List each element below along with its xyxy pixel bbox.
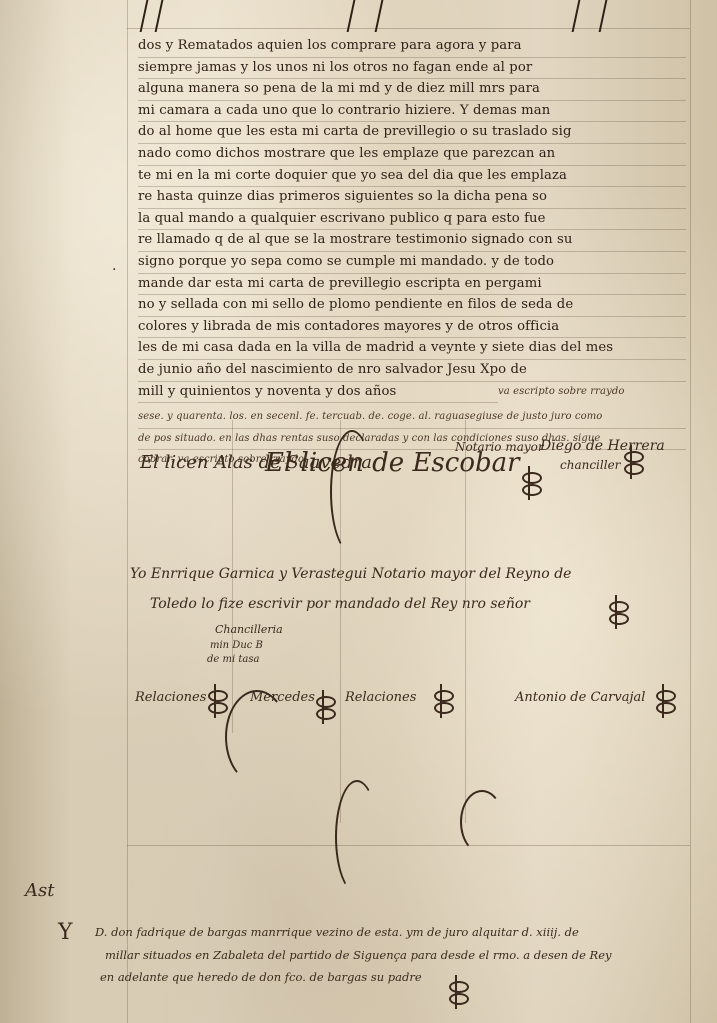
footer-initial: Y [58, 920, 73, 945]
text-line: mi camara a cada uno que lo contrario hi… [138, 101, 686, 123]
rubric-mark [630, 445, 646, 479]
signature-diego-de-herrera: Diego de Herrera [540, 438, 665, 454]
notary-statement-line: Toledo lo fize escrivir por mandado del … [150, 596, 530, 612]
text-line: re hasta quinze dias primeros siguientes… [138, 187, 686, 209]
signature-flourish [225, 690, 289, 784]
notario-mayor-label: Notario mayor [455, 440, 544, 454]
marginal-note-line: Chancilleria [215, 623, 283, 636]
text-line: do al home que les esta mi carta de prev… [138, 122, 686, 144]
text-line: la qual mando a qualquier escrivano publ… [138, 209, 686, 231]
text-line: les de mi casa dada en la villa de madri… [138, 338, 686, 360]
rubric-mark [662, 684, 678, 718]
text-line: nado como dichos mostrare que les emplaz… [138, 144, 686, 166]
annotation-line: sese. y quarenta. los. en secenl. fe. te… [138, 407, 686, 429]
charter-text: dos y Rematados aquien los comprare para… [138, 36, 686, 471]
text-line: no y sellada con mi sello de plomo pendi… [138, 295, 686, 317]
rule-line [127, 28, 690, 29]
margin-dot-mark: · [112, 262, 116, 278]
registry-relaciones: Relaciones [135, 690, 206, 705]
notary-statement-line: Yo Enrrique Garnica y Verastegui Notario… [130, 566, 571, 582]
text-line: dos y Rematados aquien los comprare para… [138, 36, 686, 58]
text-line: te mi en la mi corte doquier que yo sea … [138, 166, 686, 188]
marginal-note-line: min Duc B [210, 640, 263, 651]
text-line: signo porque yo sepa como se cumple mi m… [138, 252, 686, 274]
margin-mark: Ast [25, 880, 54, 901]
registry-antonio-de-carvajal: Antonio de Carvajal [515, 690, 645, 705]
text-line: alguna manera so pena de la mi md y de d… [138, 79, 686, 101]
rubric-mark [440, 684, 456, 718]
marginal-note-line: de mi tasa [207, 654, 259, 665]
rubric-mark [455, 975, 471, 1009]
chanciller-label: chanciller [560, 458, 620, 472]
signature-flourish [460, 790, 504, 854]
signature-flourish [330, 430, 374, 554]
text-line: colores y librada de mis contadores mayo… [138, 317, 686, 339]
rule-line [127, 845, 690, 846]
footer-note-line: millar situados en Zabaleta del partido … [105, 948, 612, 962]
footer-note-line: en adelante que heredo de don fco. de ba… [100, 970, 422, 984]
column-rule [465, 420, 466, 823]
signature-flourish [335, 780, 379, 894]
text-line: mill y quinientos y noventa y dos años [138, 382, 498, 404]
text-line: siempre jamas y los unos ni los otros no… [138, 58, 686, 80]
rubric-mark [214, 684, 230, 718]
registry-relaciones-2: Relaciones [345, 690, 416, 705]
margin-rule-right [690, 0, 691, 1023]
rubric-mark [528, 466, 544, 500]
rubric-mark [615, 595, 631, 629]
manuscript-page: dos y Rematados aquien los comprare para… [0, 0, 717, 1023]
inserted-note: va escripto sobre rraydo [498, 382, 624, 403]
text-line: de junio año del nascimiento de nro salv… [138, 360, 686, 382]
text-line: mande dar esta mi carta de previllegio e… [138, 274, 686, 296]
rubric-mark [322, 690, 338, 724]
margin-rule-left [127, 0, 128, 1023]
text-line: re llamado q de al que se la mostrare te… [138, 230, 686, 252]
footer-note-line: D. don fadrique de bargas manrrique vezi… [95, 925, 579, 939]
